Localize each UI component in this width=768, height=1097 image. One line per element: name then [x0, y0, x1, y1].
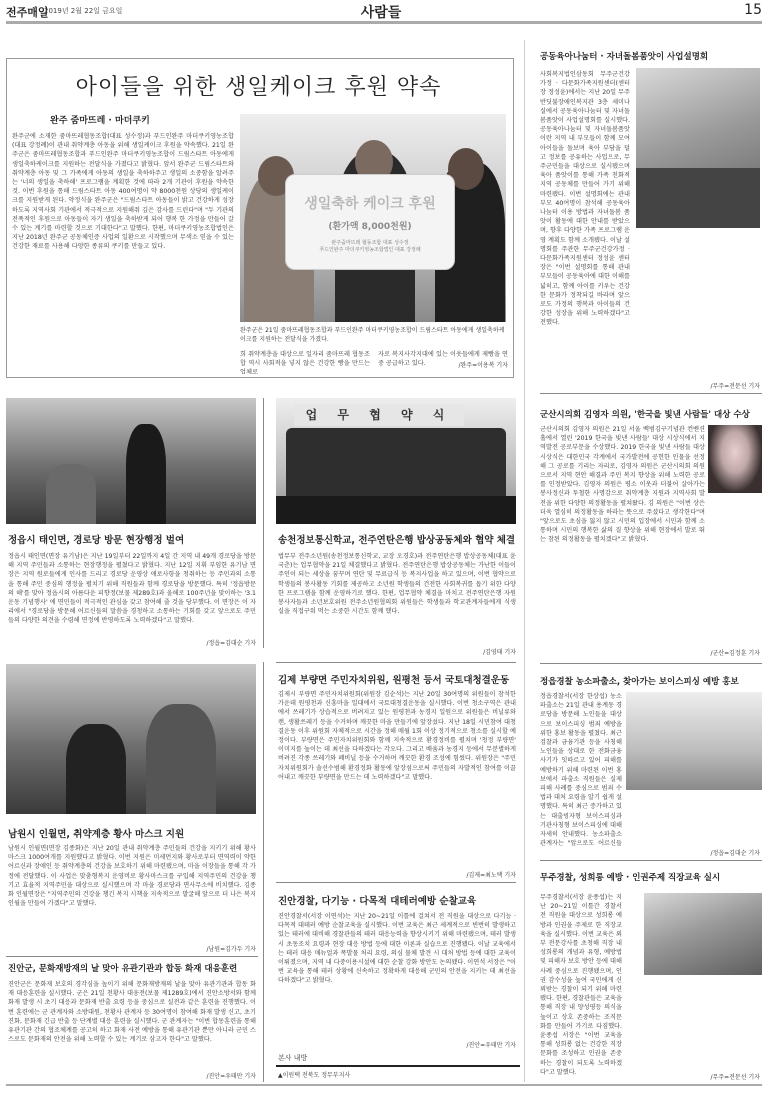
jinan-culture-byline: /진안=우태만 기자	[160, 1071, 256, 1080]
songcheon-headline: 송천정보통신학교, 전주연탄은행 밥상공동체와 협약 체결	[278, 532, 515, 546]
kimje-body: 김제시 부량면 주민자치위원회(위원장 김순석)는 지난 20일 30여명의 위…	[278, 690, 516, 872]
sign-title: 생일축하 케이크 후원	[286, 193, 454, 213]
right-top-headline: 공동육아나눔터 · 자녀돌봄품앗이 사업설명회	[540, 50, 708, 62]
songcheon-byline: /김영태 기자	[420, 647, 516, 656]
top-rule	[6, 21, 762, 24]
kimyoungja-headline: 군산시의회 김영자 의원, '한국을 빛낸 사람들' 대상 수상	[540, 408, 750, 420]
right-top-photo	[636, 68, 760, 228]
masthead: 전주매일 2019년 2월 22일 금요일 사람들 15	[6, 2, 762, 22]
jinan-police-byline: /진안=우태만 기자	[420, 1040, 516, 1049]
jinan-culture-body: 진안군은 문화재 보호의 경각심을 높이기 위해 문화재방재의 날을 맞아 유관…	[8, 980, 256, 1072]
boisphishing-byline: /정읍=김대순 기자	[660, 848, 760, 857]
notice-title: 본사 내방	[278, 1053, 307, 1063]
notice-rule	[276, 1065, 520, 1067]
muju-police-byline: /무주=전문선 기자	[660, 1072, 760, 1081]
divider	[540, 393, 762, 394]
divider	[276, 882, 516, 883]
taein-byline: /정읍=김대순 기자	[160, 638, 256, 647]
right-top-byline: /무주=전문선 기자	[660, 381, 760, 390]
boisphishing-body: 정읍경찰서(서장 한상섭) 농소파출소는 21일 관내 용계동 경로당을 방문해…	[540, 692, 622, 847]
songcheon-photo: 업 무 협 약 식	[276, 398, 516, 524]
lead-body-col2: 희 취약계층을 대상으로 일자리 줌마뜨레 협동조합 역시 사회적을 넣지 않은…	[240, 350, 370, 374]
column-rule	[263, 398, 264, 648]
muju-police-headline: 무주경찰, 성희롱 예방 · 인권주제 직장교육 실시	[540, 871, 720, 883]
paper-name: 전주매일	[6, 4, 49, 20]
person	[46, 464, 96, 524]
kimje-headline: 김제 부량면 주민자치위원, 원평천 등서 국토대청결운동	[278, 672, 509, 686]
taein-photo	[6, 398, 256, 524]
right-top-body: 사회복지법인삼동회 무주군건강가정 · 다문화가족지원센터(센터장 정성윤)에서…	[540, 70, 630, 370]
lead-subhead: 완주 줌마뜨레 · 마더쿠키	[50, 113, 150, 126]
lead-byline: /완주=이용복 기자	[420, 360, 508, 369]
namwon-photo	[6, 664, 256, 814]
boisphishing-photo	[626, 692, 762, 790]
songcheon-body: 법무부 전주소년원(송천정보통신학교, 교장 오경호)과 전주연탄은행 밥상공동…	[278, 552, 516, 644]
namwon-body: 남원시 인월면(면장 김종화)은 지난 20일 관내 취약계층 주민들의 건강을…	[8, 844, 256, 946]
taein-body: 정읍시 태인면(면장 유기남)은 지난 19일부터 22일까지 4일 간 지역 …	[8, 552, 256, 644]
page-number: 15	[744, 2, 762, 18]
bottom-rule	[6, 1084, 762, 1086]
sign-amount: (환가액 8,000천원)	[286, 219, 454, 232]
lead-headline: 아이들을 위한 생일케이크 후원 약속	[6, 70, 511, 101]
muju-police-photo	[644, 893, 762, 975]
agreement-banner: 업 무 협 약 식	[294, 404, 464, 426]
sign-line-1: 완주줌마뜨레 협동조합 대표 성수정	[286, 240, 454, 247]
sign-line-2: 푸드인완주 마더쿠키영농조합법인 대표 강정례	[286, 247, 454, 254]
divider	[6, 956, 258, 957]
donation-sign: 생일축하 케이크 후원 (환가액 8,000천원) 완주줌마뜨레 협동조합 대표…	[285, 174, 455, 270]
audience-silhouette	[636, 168, 760, 228]
lead-body: 완주군에 소재한 줌마뜨레협동조합(대표 성수정)과 푸드인완주 마더쿠키영농조…	[12, 132, 234, 374]
jinan-police-body: 진안경찰서(서장 이연석)는 지난 20~21일 이틀에 걸쳐서 전 직원을 대…	[278, 912, 516, 1042]
kimyoungja-portrait	[708, 425, 762, 493]
person	[126, 424, 166, 524]
kimje-byline: /김제=최노택 기자	[420, 870, 516, 879]
person	[146, 704, 216, 814]
divider	[540, 663, 762, 664]
lead-photo-caption: 완주군은 21일 줌마뜨레협동조합과 푸드인완주 마더쿠키영농조합이 드림스타트…	[240, 326, 508, 346]
kimyoungja-byline: /군산=김정훈 기자	[660, 648, 760, 657]
notice-item: ▲이원택 전북도 정무부지사	[278, 1070, 350, 1079]
boisphishing-headline: 정읍경찰 농소파출소, 찾아가는 보이스피싱 예방 홍보	[540, 675, 739, 687]
conference-table	[276, 496, 516, 524]
jinan-culture-headline: 진안군, 문화재방재의 날 맞아 유관기관과 합동 화재 대응훈련	[8, 962, 237, 974]
sign-signers: 완주줌마뜨레 협동조합 대표 성수정 푸드인완주 마더쿠키영농조합법인 대표 강…	[286, 240, 454, 254]
jinan-police-headline: 진안경찰, 다기능 · 다목적 대테러예방 순찰교육	[278, 893, 476, 907]
divider	[276, 662, 516, 663]
kimyoungja-body: 군산시의회 김영자 의원은 21일 서울 백범김구기념관 컨벤션홀에서 열린 '…	[540, 425, 705, 655]
namwon-headline: 남원시 인월면, 취약계층 황사 마스크 지원	[8, 826, 184, 840]
divider	[540, 860, 762, 861]
muju-police-body: 무주경찰서(서장 윤종섭)는 지난 20~21일 이틀간 경찰서 전 직원을 대…	[540, 893, 622, 1078]
column-rule	[263, 662, 264, 1082]
column-rule	[524, 40, 525, 1082]
lead-photo: 생일축하 케이크 후원 (환가액 8,000천원) 완주줌마뜨레 협동조합 대표…	[240, 114, 506, 322]
section-title: 사람들	[251, 2, 511, 22]
taein-headline: 정읍시 태인면, 경로당 방문 현장행정 벌여	[8, 532, 184, 546]
group-silhouette	[286, 428, 506, 498]
issue-date: 2019년 2월 22일 금요일	[44, 6, 122, 16]
namwon-byline: /남원=김가두 기자	[160, 944, 256, 953]
person	[66, 724, 126, 814]
